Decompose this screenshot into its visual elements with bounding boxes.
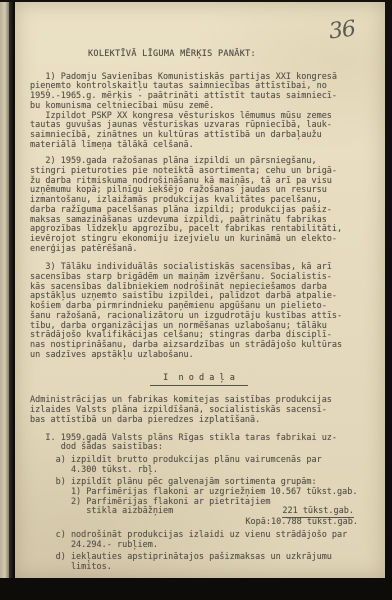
item-b-sub-2-label: stikla aizbāžņiem xyxy=(30,507,173,518)
section-heading-wrap: I n o d a ļ a xyxy=(30,374,368,385)
section-intro: Administrācijas un fabrikas komitejas sa… xyxy=(30,396,368,425)
item-a: a) izpildīt brutto produkcijas plānu vai… xyxy=(30,456,368,475)
scanned-document: 36 KOLEKTĪVĀ LĪGUMA MĒRĶIS PANĀKT: 1) Pa… xyxy=(0,0,392,600)
adjacent-page-edge xyxy=(0,2,9,578)
handwritten-page-number: 36 xyxy=(328,17,357,45)
item-I: I. 1959.gadā Valsts plāns Rīgas stikla t… xyxy=(30,434,368,453)
document-title: KOLEKTĪVĀ LĪGUMA MĒRĶIS PANĀKT: xyxy=(30,50,368,60)
paragraph-3: 3) Tālāku individuālās socialistiskās sa… xyxy=(30,263,368,360)
item-c: c) nodrošināt produkcijas izlaidi uz vie… xyxy=(30,531,368,550)
paragraph-2: 2) 1959.gada ražošanas plāna izpildi un … xyxy=(30,157,368,254)
item-b-total: Kopā:10.788 tūkst.gab. xyxy=(30,518,368,528)
item-b: b) izpildīt plānu pēc galvenajām sortime… xyxy=(30,478,368,528)
paragraph-1: 1) Padomju Savienības Komunistiskās part… xyxy=(30,73,368,151)
item-d: d) iekļauties apstiprinātajos pašizmaksa… xyxy=(30,553,368,572)
document-page: 36 KOLEKTĪVĀ LĪGUMA MĒRĶIS PANĀKT: 1) Pa… xyxy=(15,2,385,578)
section-heading: I n o d a ļ a xyxy=(150,374,248,386)
page-content: KOLEKTĪVĀ LĪGUMA MĒRĶIS PANĀKT: 1) Padom… xyxy=(15,2,385,573)
